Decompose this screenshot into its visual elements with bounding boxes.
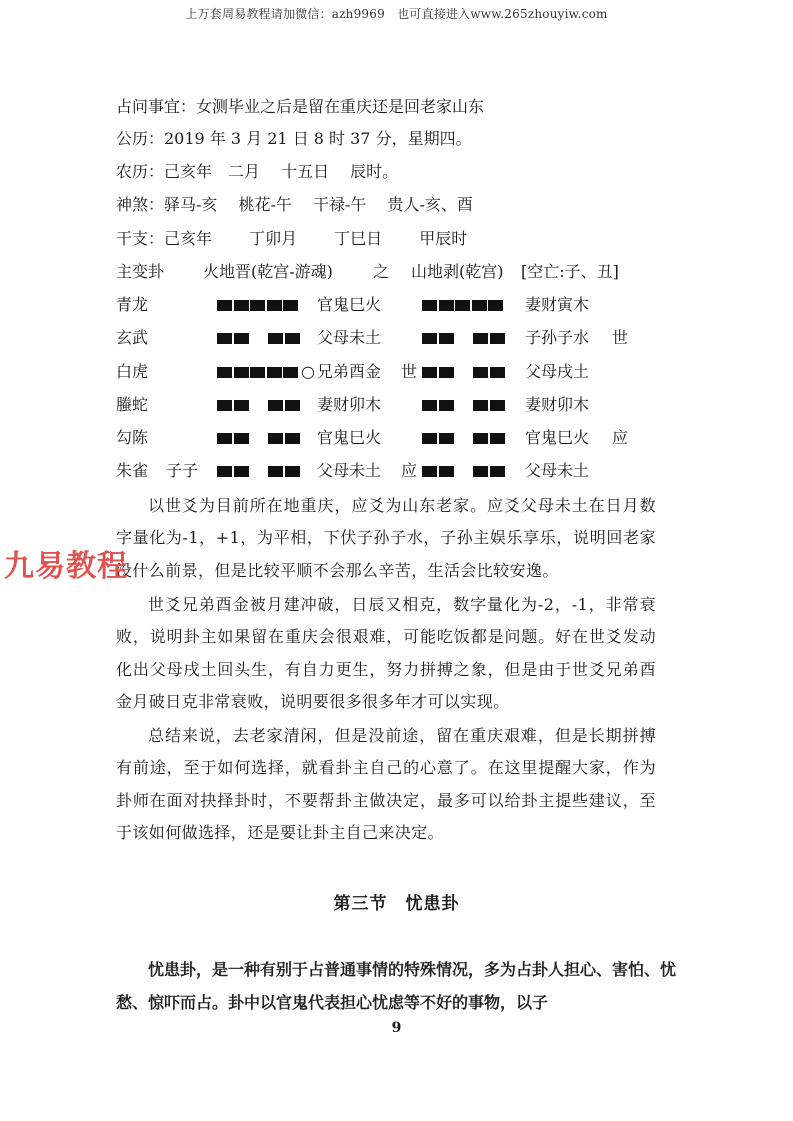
ying-marker: 应 — [401, 461, 417, 481]
spirit: 白虎 — [116, 362, 148, 382]
shi-marker: 世 — [401, 362, 417, 382]
section-paragraph: 忧患卦，是一种有别于占普通事情的特殊情况，多为占卦人担心、害怕、忧愁、惊吓而占。… — [116, 953, 676, 1019]
hexagram-row: 朱雀 子子 父母未土 应 父母未土 — [116, 461, 676, 483]
changed-line-text: 父母戌土 — [525, 362, 589, 382]
yin-line-icon — [422, 466, 506, 477]
shi-marker: 世 — [612, 328, 628, 348]
changed-line-text: 妻财卯木 — [525, 395, 589, 415]
main-line-text: 兄弟酉金 — [317, 362, 381, 382]
ganzhi-line: 干支：己亥年 丁卯月 丁巳日 甲辰时 — [116, 229, 467, 249]
section-title: 第三节 忧患卦 — [0, 889, 793, 914]
page-number: 9 — [0, 1020, 793, 1036]
changed-line-text: 子孙子水 — [525, 328, 589, 348]
main-hexagram-name: 火地晋(乾宫-游魂) — [203, 262, 333, 282]
main-line-text: 妻财卯木 — [317, 395, 381, 415]
changed-hexagram-name: 山地剥(乾宫) — [411, 262, 504, 282]
changed-line-text: 妻财寅木 — [525, 295, 589, 315]
hexagram-row: 白虎 ○ 兄弟酉金 世 父母戌土 — [116, 362, 676, 384]
yin-line-icon — [217, 466, 301, 477]
yin-line-icon — [422, 400, 506, 411]
connector: 之 — [373, 262, 389, 282]
lunar-date-line: 农历：己亥年 二月 十五日 辰时。 — [116, 162, 398, 182]
hexagram-row: 勾陈 官鬼巳火 官鬼巳火 应 — [116, 428, 676, 450]
yang-line-icon — [217, 367, 300, 378]
analysis-paragraph-2: 世爻兄弟酉金被月建冲破，日辰又相克，数字量化为-2，-1，非常衰败，说明卦主如果… — [116, 589, 656, 719]
changed-line-text: 官鬼巳火 — [525, 428, 589, 448]
yin-line-icon — [422, 333, 506, 344]
yang-line-icon — [422, 300, 505, 311]
hidden-spirit-partial: 子子 — [166, 461, 198, 481]
watermark-logo: 九易教程 — [4, 541, 128, 585]
summary-paragraph: 总结来说，去老家清闲，但是没前途，留在重庆艰难，但是长期拼搏有前途，至于如何选择… — [116, 720, 656, 850]
yin-line-icon — [217, 400, 301, 411]
main-line-text: 官鬼巳火 — [317, 428, 381, 448]
hexagram-row: 玄武 父母未土 子孙子水 世 — [116, 328, 676, 350]
spirit: 勾陈 — [116, 428, 148, 448]
gregorian-date-line: 公历：2019 年 3 月 21 日 8 时 37 分，星期四。 — [116, 129, 472, 149]
spirit: 青龙 — [116, 295, 148, 315]
yin-line-icon — [217, 433, 301, 444]
hexagram-row: 青龙 官鬼巳火 妻财寅木 — [116, 295, 676, 317]
main-line-text: 父母未土 — [317, 461, 381, 481]
hexagram-row: 螣蛇 妻财卯木 妻财卯木 — [116, 395, 676, 417]
changed-line-text: 父母未土 — [525, 461, 589, 481]
yang-line-icon — [217, 300, 300, 311]
hexagram-header: 主变卦 火地晋(乾宫-游魂) 之 山地剥(乾宫) [空亡:子、丑] — [116, 262, 676, 284]
void-info: [空亡:子、丑] — [521, 262, 619, 282]
analysis-paragraph-1: 以世爻为目前所在地重庆，应爻为山东老家。应爻父母未土在日月数字量化为-1，+1，… — [116, 490, 656, 587]
main-line-text: 官鬼巳火 — [317, 295, 381, 315]
main-line-text: 父母未土 — [317, 328, 381, 348]
yin-line-icon — [422, 367, 506, 378]
header-banner: 上万套周易教程请加微信：azh9969 也可直接进入www.265zhouyiw… — [0, 5, 793, 22]
yin-line-icon — [217, 333, 301, 344]
hexagram-header-label: 主变卦 — [116, 262, 164, 282]
spirit: 朱雀 — [116, 461, 148, 481]
question-line: 占问事宜：女测毕业之后是留在重庆还是回老家山东 — [116, 97, 484, 117]
spirit: 玄武 — [116, 328, 148, 348]
yin-line-icon — [422, 433, 506, 444]
ying-marker: 应 — [612, 428, 628, 448]
shensha-line: 神煞：驿马-亥 桃花-午 干禄-午 贵人-亥、酉 — [116, 195, 473, 215]
spirit: 螣蛇 — [116, 395, 148, 415]
moving-circle-icon: ○ — [301, 362, 315, 382]
